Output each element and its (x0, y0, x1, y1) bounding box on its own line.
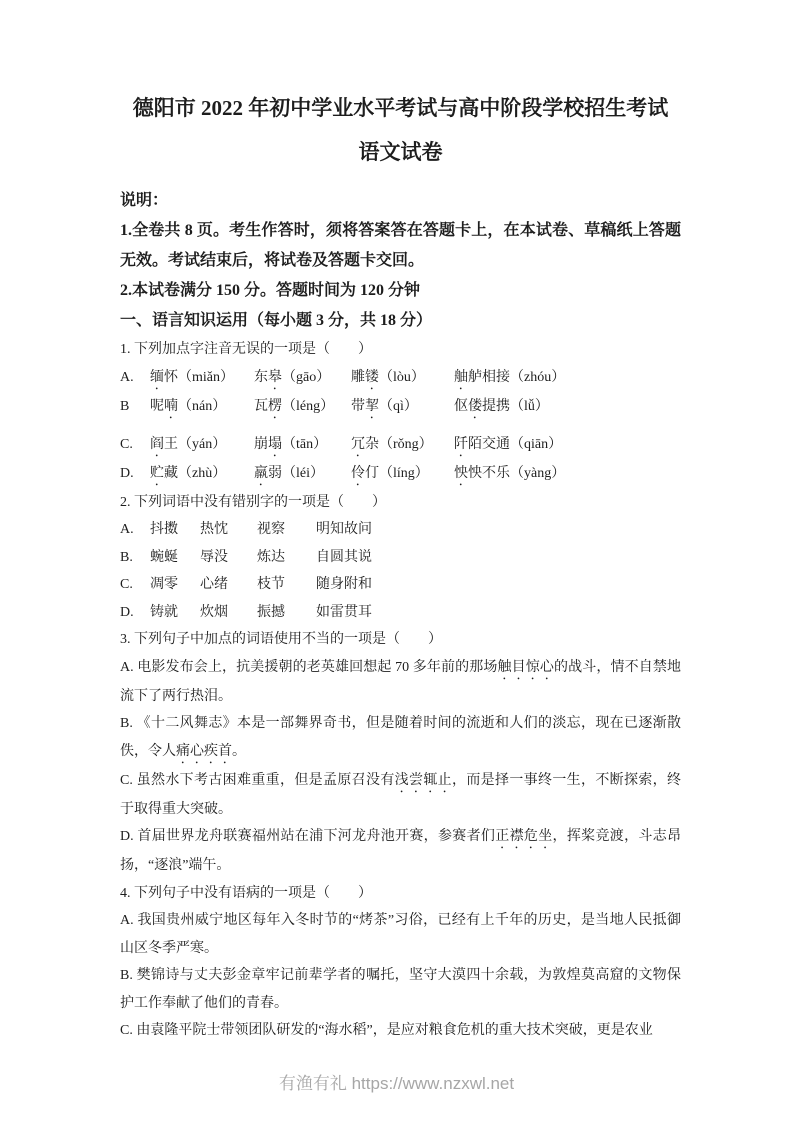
exam-paper-page: 德阳市 2022 年初中学业水平考试与高中阶段学校招生考试 语文试卷 说明： 1… (0, 0, 793, 1122)
option-item: 雕镂（lòu） (351, 364, 454, 393)
option-label: C. (120, 571, 150, 599)
option-item: 伶仃（líng） (351, 460, 454, 489)
option-item: 怏怏不乐（yàng） (454, 460, 681, 489)
q3-option-b: B. 《十二风舞志》本是一部舞界奇书，但是随着时间的流逝和人们的淡忘，现在已逐渐… (120, 710, 681, 767)
q1-option-row-a: A. 缅怀（miǎn） 东皋（gāo） 雕镂（lòu） 舳舻相接（zhóu） (120, 364, 681, 393)
option-item: 自圆其说 (316, 544, 681, 572)
q1-option-row-b: B 呢喃（nán） 瓦楞（léng） 带挈（qì） 伛偻提携（lǚ） (120, 393, 681, 422)
option-item: 伛偻提携（lǚ） (454, 393, 681, 422)
option-item: 振撼 (257, 599, 316, 627)
option-item: 阡陌交通（qiān） (454, 431, 681, 460)
option-item: 铸就 (150, 599, 200, 627)
paper-title: 德阳市 2022 年初中学业水平考试与高中阶段学校招生考试 语文试卷 (120, 86, 681, 174)
q2-option-row-b: B. 蜿蜒 辱没 炼达 自圆其说 (120, 544, 681, 572)
option-item: 抖擞 (150, 516, 200, 544)
option-item: 炼达 (257, 544, 316, 572)
q3-option-d: D. 首届世界龙舟联赛福州站在浦下河龙舟池开赛，参赛者们正襟危坐，挥桨竞渡，斗志… (120, 823, 681, 880)
paper-title-line2: 语文试卷 (120, 130, 681, 174)
option-item: 蜿蜒 (150, 544, 200, 572)
option-item: 热忱 (200, 516, 257, 544)
option-item: 视察 (257, 516, 316, 544)
option-label: B (120, 393, 150, 422)
option-label: C. (120, 431, 150, 460)
q2-option-row-a: A. 抖擞 热忱 视察 明知故问 (120, 516, 681, 544)
option-item: 东皋（gāo） (254, 364, 351, 393)
watermark-footer: 有渔有礼 https://www.nzxwl.net (0, 1069, 793, 1094)
instruction-item-1: 1.全卷共 8 页。考生作答时，须将答案答在答题卡上，在本试卷、草稿纸上答题无效… (120, 216, 681, 276)
option-item: 舳舻相接（zhóu） (454, 364, 681, 393)
option-item: 心绪 (200, 571, 257, 599)
option-item: 枝节 (257, 571, 316, 599)
q4-option-c: C. 由袁隆平院士带领团队研发的“海水稻”，是应对粮食危机的重大技术突破，更是农… (120, 1017, 681, 1045)
option-label: A. (120, 516, 150, 544)
option-item: 羸弱（léi） (254, 460, 351, 489)
option-label: D. (120, 460, 150, 489)
q2-option-row-d: D. 铸就 炊烟 振撼 如雷贯耳 (120, 599, 681, 627)
q4-option-a: A. 我国贵州威宁地区每年入冬时节的“烤茶”习俗，已经有上千年的历史，是当地人民… (120, 907, 681, 962)
q3-option-a: A. 电影发布会上，抗美援朝的老英雄回想起 70 多年前的那场触目惊心的战斗，情… (120, 654, 681, 711)
paper-title-line1: 德阳市 2022 年初中学业水平考试与高中阶段学校招生考试 (120, 86, 681, 130)
exam-instructions: 说明： 1.全卷共 8 页。考生作答时，须将答案答在答题卡上，在本试卷、草稿纸上… (120, 186, 681, 306)
q3-stem: 3. 下列句子中加点的词语使用不当的一项是（ ） (120, 626, 681, 654)
option-item: 呢喃（nán） (150, 393, 254, 422)
option-label: D. (120, 599, 150, 627)
option-item: 冗杂（rǒng） (351, 431, 454, 460)
option-item: 缅怀（miǎn） (150, 364, 254, 393)
option-item: 瓦楞（léng） (254, 393, 351, 422)
q4-option-b: B. 樊锦诗与丈夫彭金章牢记前辈学者的嘱托，坚守大漠四十余载，为敦煌莫高窟的文物… (120, 962, 681, 1017)
q4-stem: 4. 下列句子中没有语病的一项是（ ） (120, 880, 681, 908)
q2-stem: 2. 下列词语中没有错别字的一项是（ ） (120, 489, 681, 517)
option-item: 阎王（yán） (150, 431, 254, 460)
option-item: 炊烟 (200, 599, 257, 627)
q2-option-row-c: C. 凋零 心绪 枝节 随身附和 (120, 571, 681, 599)
q1-option-row-c: C. 阎王（yán） 崩塌（tān） 冗杂（rǒng） 阡陌交通（qiān） (120, 431, 681, 460)
q1-stem: 1. 下列加点字注音无误的一项是（ ） (120, 336, 681, 364)
q3-option-c: C. 虽然水下考古困难重重，但是孟原召没有浅尝辄止，而是择一事终一生，不断探索，… (120, 767, 681, 824)
option-item: 如雷贯耳 (316, 599, 681, 627)
option-item: 带挈（qì） (351, 393, 454, 422)
option-label: B. (120, 544, 150, 572)
section1-heading: 一、语言知识运用（每小题 3 分，共 18 分） (120, 306, 681, 336)
option-label: A. (120, 364, 150, 393)
q1-option-row-d: D. 贮藏（zhù） 羸弱（léi） 伶仃（líng） 怏怏不乐（yàng） (120, 460, 681, 489)
option-item: 随身附和 (316, 571, 681, 599)
option-item: 贮藏（zhù） (150, 460, 254, 489)
option-item: 凋零 (150, 571, 200, 599)
option-item: 明知故问 (316, 516, 681, 544)
instruction-item-2: 2.本试卷满分 150 分。答题时间为 120 分钟 (120, 276, 681, 306)
option-item: 辱没 (200, 544, 257, 572)
instructions-heading: 说明： (120, 186, 681, 216)
option-item: 崩塌（tān） (254, 431, 351, 460)
